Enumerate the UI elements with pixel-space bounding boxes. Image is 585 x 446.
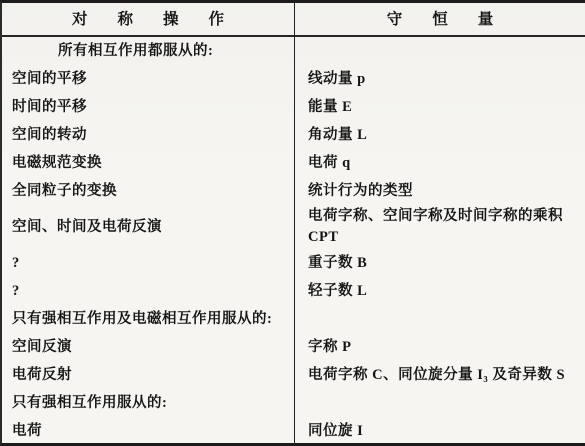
cell-operation: ? — [2, 249, 295, 277]
cell-quantity: 轻子数 L — [295, 277, 585, 305]
cell-operation: 只有强相互作用服从的: — [2, 389, 295, 417]
conservation-laws-table: 对称操作 守恒量 所有相互作用都服从的: 空间的平移 线动量 p⃗ 时间的平移 … — [0, 0, 585, 446]
cell-quantity: 电荷 q — [295, 149, 585, 177]
table-row-identical-particles: 全同粒子的变换 统计行为的类型 — [2, 177, 585, 205]
table-row-space-rotation: 空间的转动 角动量 L⃗ — [2, 121, 585, 149]
table-row-charge-reflection: 电荷反射 电荷字称 C、同位旋分量 I₃ 及奇异数 S — [2, 361, 585, 389]
cell-operation: 空间反演 — [2, 333, 295, 361]
cell-operation: 空间的转动 — [2, 121, 295, 149]
cell-operation: 空间的平移 — [2, 65, 295, 93]
cell-operation: 所有相互作用都服从的: — [2, 37, 295, 65]
cell-operation: 电磁规范变换 — [2, 149, 295, 177]
cell-quantity: 电荷字称、空间字称及时间字称的乘积 CPT — [295, 205, 585, 249]
header-symmetry-operation: 对称操作 — [2, 3, 295, 35]
header-conserved-quantity: 守恒量 — [295, 3, 585, 35]
cell-operation: ? — [2, 277, 295, 305]
table-row-section-strong-em: 只有强相互作用及电磁相互作用服从的: — [2, 305, 585, 333]
cell-quantity — [295, 37, 585, 65]
table-row-section-strong-only: 只有强相互作用服从的: — [2, 389, 585, 417]
cell-quantity: 重子数 B — [295, 249, 585, 277]
cell-operation: 全同粒子的变换 — [2, 177, 295, 205]
cell-operation: 空间、时间及电荷反演 — [2, 205, 295, 249]
table-row-section-all-interactions: 所有相互作用都服从的: — [2, 37, 585, 65]
cell-operation: 时间的平移 — [2, 93, 295, 121]
cell-quantity — [295, 389, 585, 417]
table-row-baryon-number: ? 重子数 B — [2, 249, 585, 277]
cell-quantity: 统计行为的类型 — [295, 177, 585, 205]
table-row-gauge-transformation: 电磁规范变换 电荷 q — [2, 149, 585, 177]
cell-operation: 电荷反射 — [2, 361, 295, 389]
table-row-charge-isospin: 电荷 同位旋 I — [2, 417, 585, 445]
cell-quantity — [295, 305, 585, 333]
cell-quantity: 角动量 L⃗ — [295, 121, 585, 149]
table-row-cpt-inversion: 空间、时间及电荷反演 电荷字称、空间字称及时间字称的乘积 CPT — [2, 205, 585, 249]
cell-quantity: 电荷字称 C、同位旋分量 I₃ 及奇异数 S — [295, 361, 585, 389]
table-row-space-translation: 空间的平移 线动量 p⃗ — [2, 65, 585, 93]
table-row-time-translation: 时间的平移 能量 E — [2, 93, 585, 121]
scanned-page: 对称操作 守恒量 所有相互作用都服从的: 空间的平移 线动量 p⃗ 时间的平移 … — [0, 0, 585, 446]
table-row-space-inversion: 空间反演 字称 P — [2, 333, 585, 361]
table-row-lepton-number: ? 轻子数 L — [2, 277, 585, 305]
cell-quantity: 字称 P — [295, 333, 585, 361]
header-row: 对称操作 守恒量 — [2, 3, 585, 37]
cell-quantity: 能量 E — [295, 93, 585, 121]
cell-quantity: 同位旋 I — [295, 417, 585, 445]
cell-quantity: 线动量 p⃗ — [295, 65, 585, 93]
cell-operation: 电荷 — [2, 417, 295, 445]
cell-operation: 只有强相互作用及电磁相互作用服从的: — [2, 305, 295, 333]
